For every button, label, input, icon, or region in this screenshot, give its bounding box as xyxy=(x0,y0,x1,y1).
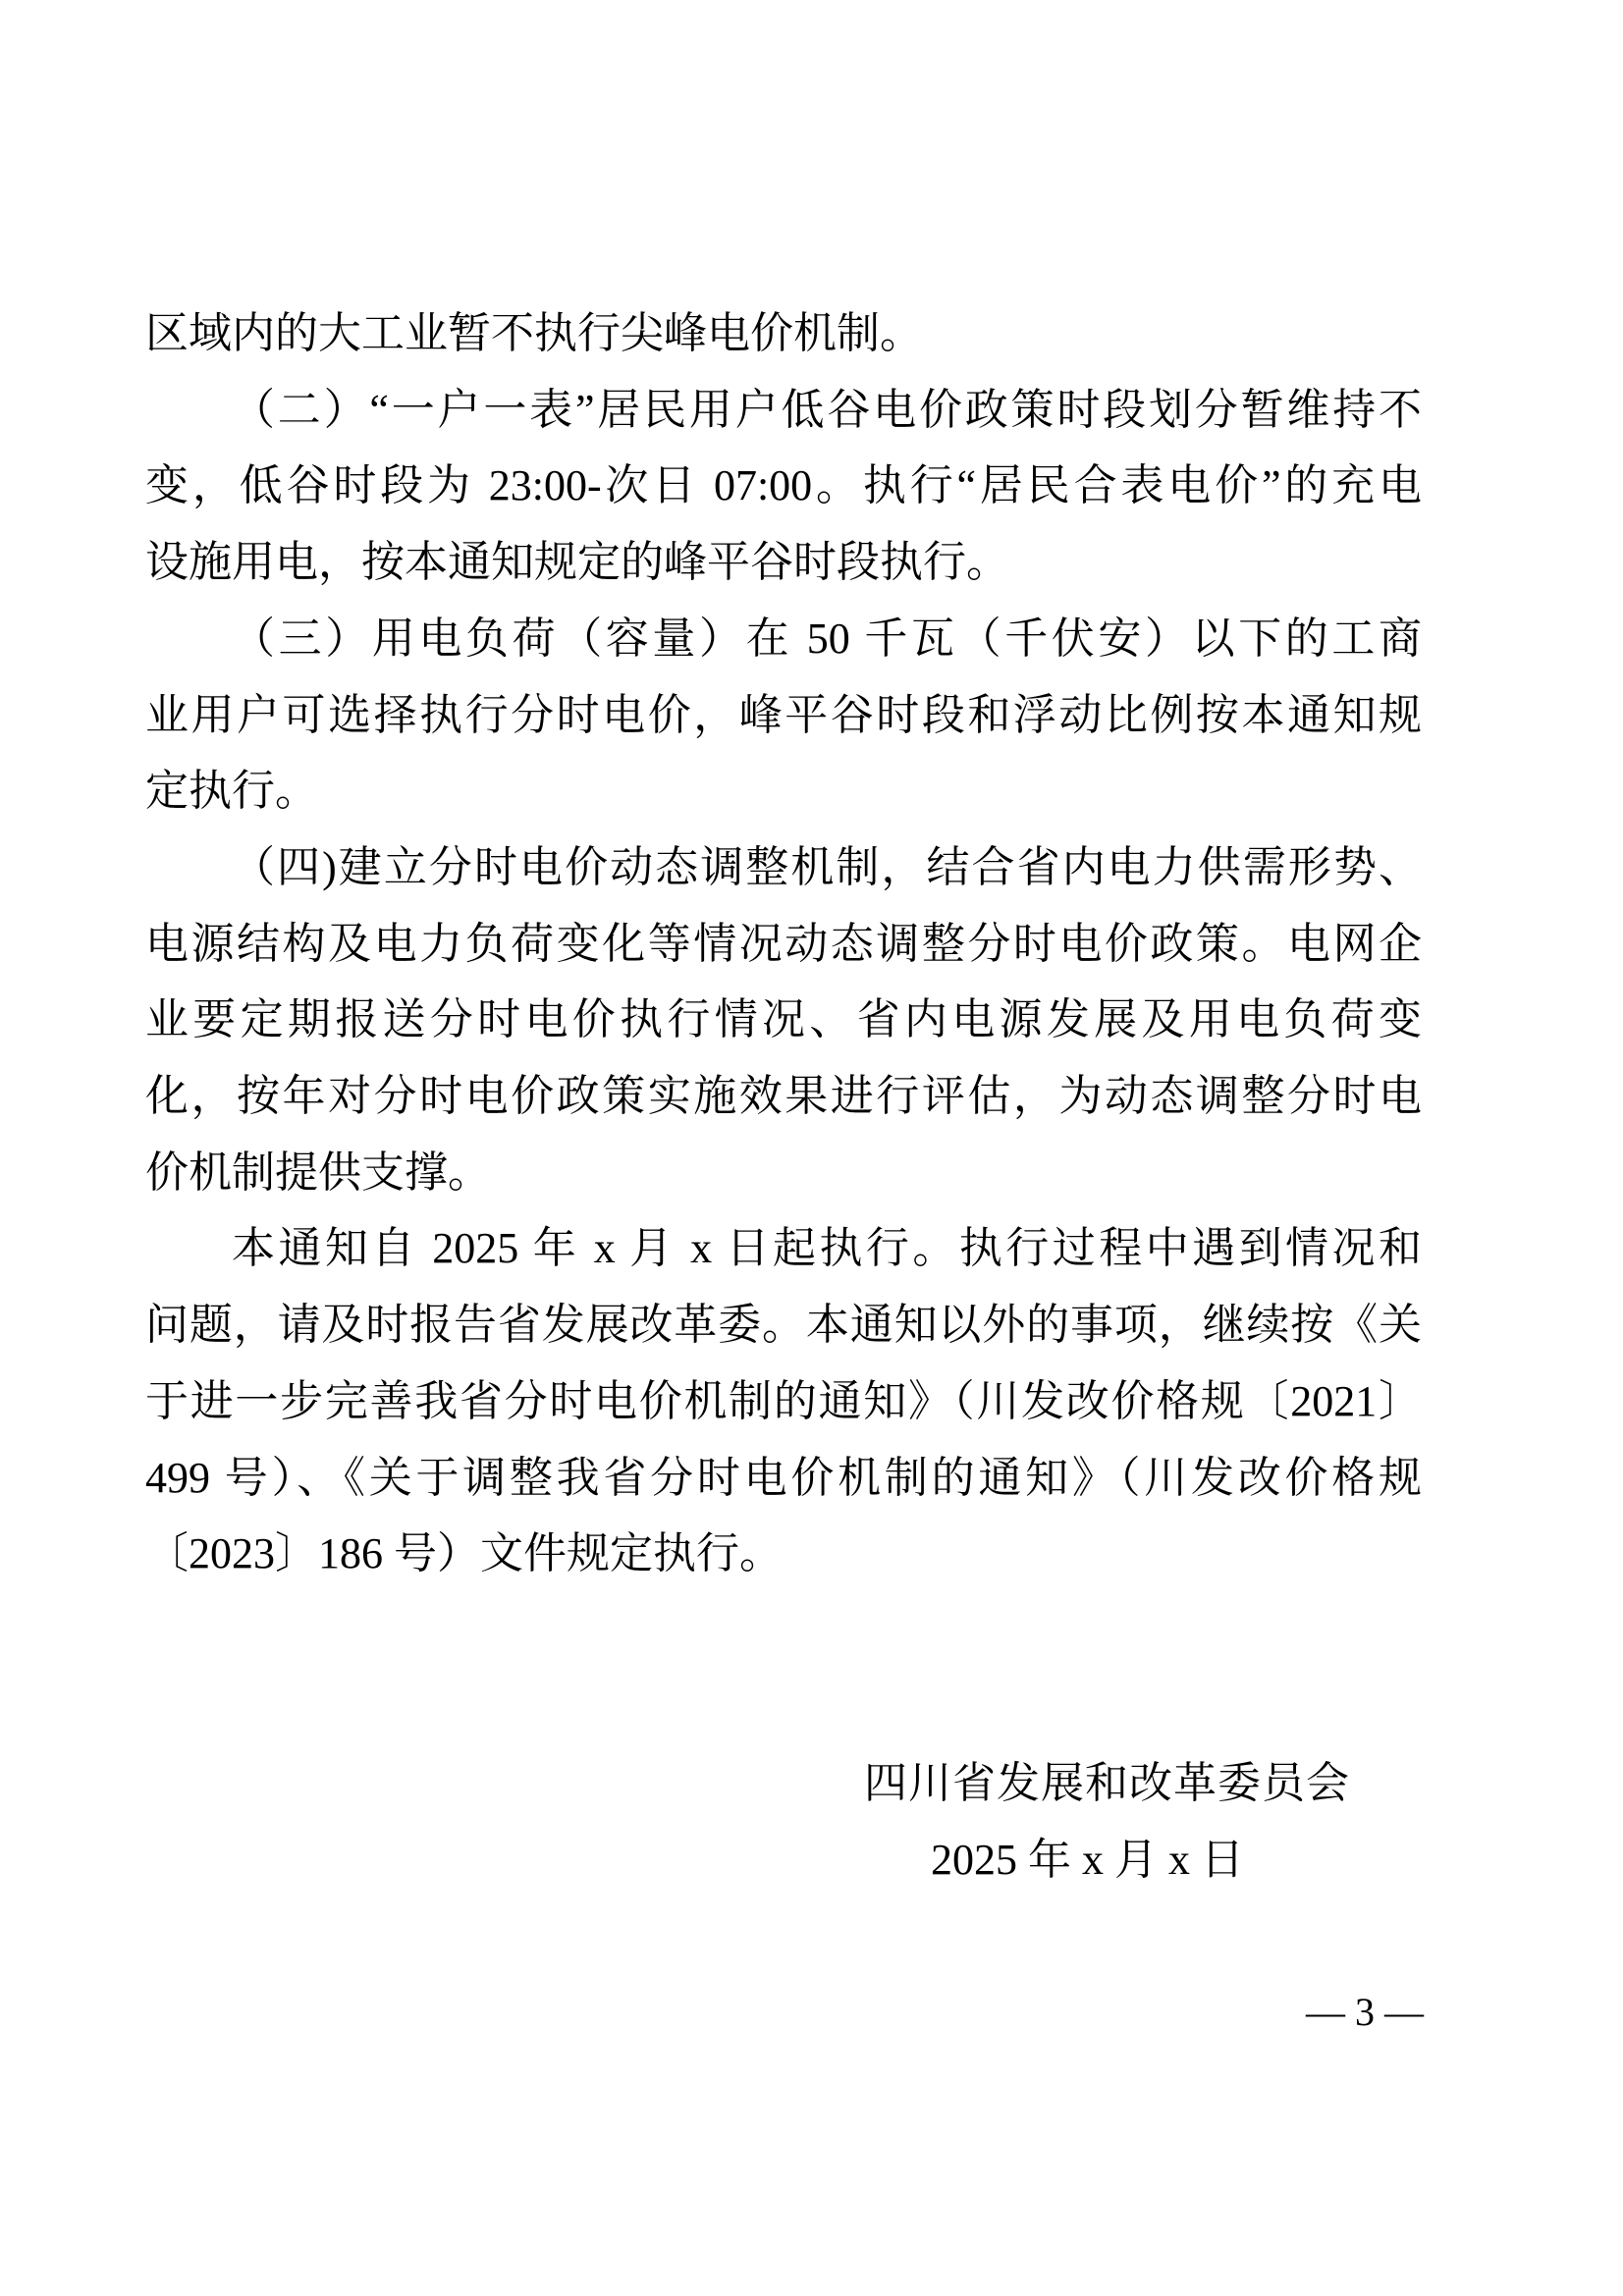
document-body: 区域内的大工业暂不执行尖峰电价机制。 （二）“一户一表”居民用户低谷电价政策时段… xyxy=(145,295,1422,1592)
body-line: 价机制提供支撑。 xyxy=(145,1135,1422,1211)
body-line: 定执行。 xyxy=(145,753,1422,829)
body-line: 化，按年对分时电价政策实施效果进行评估，为动态调整分时电 xyxy=(145,1058,1422,1135)
body-line: 区域内的大工业暂不执行尖峰电价机制。 xyxy=(145,295,1422,372)
body-line: 电源结构及电力负荷变化等情况动态调整分时电价政策。电网企 xyxy=(145,906,1422,983)
body-line: 业用户可选择执行分时电价，峰平谷时段和浮动比例按本通知规 xyxy=(145,677,1422,754)
body-line: （二）“一户一表”居民用户低谷电价政策时段划分暂维持不 xyxy=(145,372,1422,449)
body-line: 本通知自 2025 年 x 月 x 日起执行。执行过程中遇到情况和 xyxy=(145,1210,1422,1287)
document-page: 区域内的大工业暂不执行尖峰电价机制。 （二）“一户一表”居民用户低谷电价政策时段… xyxy=(0,0,1623,2296)
body-line: 业要定期报送分时电价执行情况、省内电源发展及用电负荷变 xyxy=(145,982,1422,1058)
body-line: （四)建立分时电价动态调整机制，结合省内电力供需形势、 xyxy=(145,829,1422,906)
body-line: 设施用电，按本通知规定的峰平谷时段执行。 xyxy=(145,524,1422,601)
body-line: （三）用电负荷（容量）在 50 千瓦（千伏安）以下的工商 xyxy=(145,601,1422,677)
body-line: 〔2023〕186 号）文件规定执行。 xyxy=(145,1516,1422,1592)
signature-organization: 四川省发展和改革委员会 xyxy=(864,1745,1350,1822)
body-line: 于进一步完善我省分时电价机制的通知》（川发改价格规〔2021〕 xyxy=(145,1363,1422,1440)
page-number: — 3 — xyxy=(1306,1993,1424,2032)
body-line: 问题，请及时报告省发展改革委。本通知以外的事项，继续按《关 xyxy=(145,1287,1422,1363)
signature-date: 2025 年 x 月 x 日 xyxy=(931,1822,1244,1898)
body-line: 变，低谷时段为 23:00-次日 07:00。执行“居民合表电价”的充电 xyxy=(145,448,1422,524)
body-line: 499 号）、《关于调整我省分时电价机制的通知》（川发改价格规 xyxy=(145,1440,1422,1517)
